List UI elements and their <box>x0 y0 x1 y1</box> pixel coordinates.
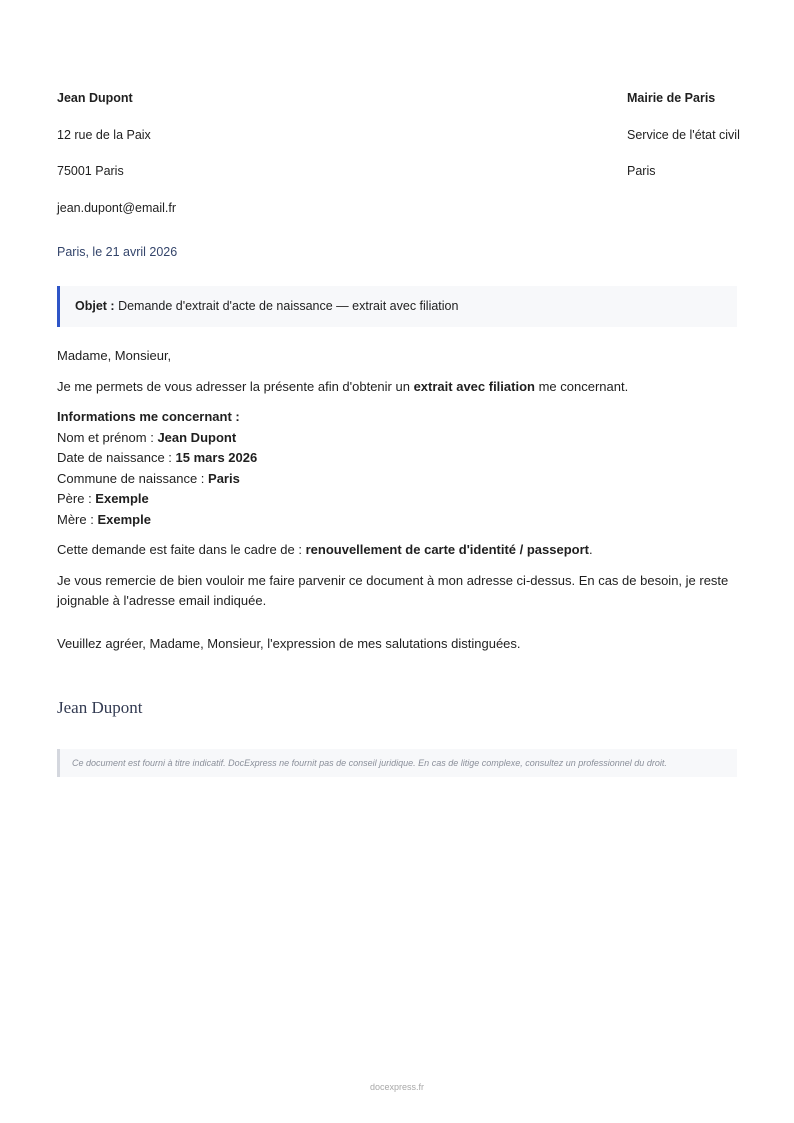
intro-text: Je me permets de vous adresser la présen… <box>57 379 414 394</box>
intro-bold: extrait avec filiation <box>414 379 535 394</box>
info-label: Père : <box>57 491 95 506</box>
info-row: Commune de naissance : Paris <box>57 469 737 490</box>
letter-body: Madame, Monsieur, Je me permets de vous … <box>57 346 737 664</box>
recipient-name: Mairie de Paris <box>627 90 740 127</box>
letter-date: Paris, le 21 avril 2026 <box>57 245 177 259</box>
sender-name: Jean Dupont <box>57 90 176 127</box>
info-value: Exemple <box>97 512 150 527</box>
thanks-paragraph: Je vous remercie de bien vouloir me fair… <box>57 571 737 612</box>
info-title: Informations me concernant : <box>57 407 737 428</box>
recipient-service: Service de l'état civil <box>627 127 740 164</box>
signature: Jean Dupont <box>57 698 142 718</box>
info-row: Mère : Exemple <box>57 510 737 531</box>
recipient-city: Paris <box>627 163 740 200</box>
subject-label: Objet : <box>75 299 115 313</box>
info-row: Date de naissance : 15 mars 2026 <box>57 448 737 469</box>
intro-paragraph: Je me permets de vous adresser la présen… <box>57 377 737 398</box>
sender-email: jean.dupont@email.fr <box>57 200 176 237</box>
context-text: Cette demande est faite dans le cadre de… <box>57 542 306 557</box>
info-row: Nom et prénom : Jean Dupont <box>57 428 737 449</box>
info-value: 15 mars 2026 <box>176 450 258 465</box>
closing-paragraph: Veuillez agréer, Madame, Monsieur, l'exp… <box>57 634 737 655</box>
info-section: Informations me concernant : Nom et prén… <box>57 407 737 530</box>
info-label: Nom et prénom : <box>57 430 157 445</box>
subject-text: Demande d'extrait d'acte de naissance — … <box>118 299 458 313</box>
sender-block: Jean Dupont 12 rue de la Paix 75001 Pari… <box>57 90 176 237</box>
context-paragraph: Cette demande est faite dans le cadre de… <box>57 540 737 561</box>
info-label: Mère : <box>57 512 97 527</box>
recipient-block: Mairie de Paris Service de l'état civil … <box>627 90 740 200</box>
disclaimer: Ce document est fourni à titre indicatif… <box>57 749 737 777</box>
greeting: Madame, Monsieur, <box>57 346 737 367</box>
context-text-end: . <box>589 542 593 557</box>
info-value: Paris <box>208 471 240 486</box>
info-value: Exemple <box>95 491 148 506</box>
footer: docexpress.fr <box>0 1082 794 1092</box>
context-bold: renouvellement de carte d'identité / pas… <box>306 542 589 557</box>
intro-text-end: me concernant. <box>535 379 628 394</box>
info-value: Jean Dupont <box>157 430 236 445</box>
subject-box: Objet : Demande d'extrait d'acte de nais… <box>57 286 737 327</box>
info-row: Père : Exemple <box>57 489 737 510</box>
info-label: Commune de naissance : <box>57 471 208 486</box>
sender-address: 12 rue de la Paix <box>57 127 176 164</box>
sender-city: 75001 Paris <box>57 163 176 200</box>
info-label: Date de naissance : <box>57 450 176 465</box>
